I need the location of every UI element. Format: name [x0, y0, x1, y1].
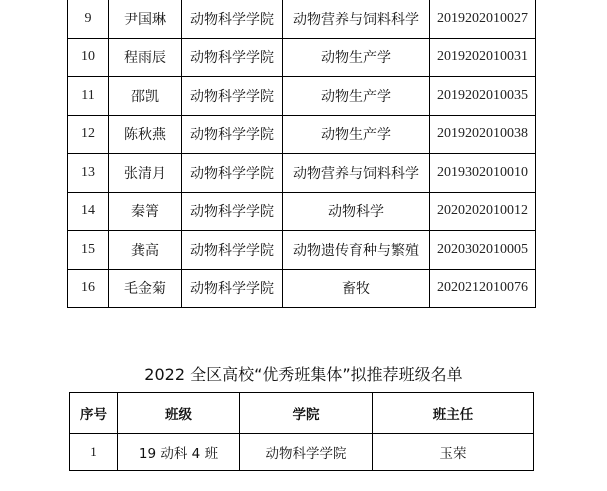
student-id: 2019202010035: [430, 77, 536, 116]
table-row: 15 龚高 动物科学学院 动物遗传育种与繁殖 2020302010005: [68, 231, 536, 270]
student-id: 2019202010027: [430, 0, 536, 38]
student-name: 陈秋燕: [109, 115, 182, 154]
row-number: 14: [68, 192, 109, 231]
row-number: 16: [68, 269, 109, 308]
student-name: 张清月: [109, 154, 182, 193]
student-name: 尹国琳: [109, 0, 182, 38]
student-id: 2020302010005: [430, 231, 536, 270]
college: 动物科学学院: [240, 434, 373, 471]
header-number: 序号: [70, 393, 118, 434]
major: 动物遗传育种与繁殖: [283, 231, 430, 270]
header-advisor: 班主任: [373, 393, 534, 434]
table-row: 9 尹国琳 动物科学学院 动物营养与饲料科学 2019202010027: [68, 0, 536, 38]
row-number: 1: [70, 434, 118, 471]
student-name: 龚高: [109, 231, 182, 270]
major: 动物科学: [283, 192, 430, 231]
student-name: 毛金菊: [109, 269, 182, 308]
major: 动物生产学: [283, 77, 430, 116]
student-id: 2020212010076: [430, 269, 536, 308]
student-name: 邵凯: [109, 77, 182, 116]
table-row: 12 陈秋燕 动物科学学院 动物生产学 2019202010038: [68, 115, 536, 154]
college: 动物科学学院: [182, 231, 283, 270]
class-name: 19 动科 4 班: [118, 434, 240, 471]
major: 动物营养与饲料科学: [283, 154, 430, 193]
major: 动物生产学: [283, 115, 430, 154]
student-id: 2019202010031: [430, 38, 536, 77]
section-title: 2022 全区高校“优秀班集体”拟推荐班级名单: [0, 362, 607, 385]
header-class: 班级: [118, 393, 240, 434]
college: 动物科学学院: [182, 0, 283, 38]
row-number: 13: [68, 154, 109, 193]
college: 动物科学学院: [182, 192, 283, 231]
major: 畜牧: [283, 269, 430, 308]
student-id: 2020202010012: [430, 192, 536, 231]
advisor: 玉荣: [373, 434, 534, 471]
student-name: 程雨辰: [109, 38, 182, 77]
major: 动物营养与饲料科学: [283, 0, 430, 38]
college: 动物科学学院: [182, 38, 283, 77]
table-row: 16 毛金菊 动物科学学院 畜牧 2020212010076: [68, 269, 536, 308]
row-number: 12: [68, 115, 109, 154]
row-number: 10: [68, 38, 109, 77]
table-row: 10 程雨辰 动物科学学院 动物生产学 2019202010031: [68, 38, 536, 77]
student-name: 秦箐: [109, 192, 182, 231]
row-number: 9: [68, 0, 109, 38]
row-number: 15: [68, 231, 109, 270]
table-header-row: 序号 班级 学院 班主任: [70, 393, 534, 434]
college: 动物科学学院: [182, 154, 283, 193]
header-college: 学院: [240, 393, 373, 434]
table-row: 1 19 动科 4 班 动物科学学院 玉荣: [70, 434, 534, 471]
student-id: 2019202010038: [430, 115, 536, 154]
table-row: 13 张清月 动物科学学院 动物营养与饲料科学 2019302010010: [68, 154, 536, 193]
major: 动物生产学: [283, 38, 430, 77]
student-id: 2019302010010: [430, 154, 536, 193]
college: 动物科学学院: [182, 269, 283, 308]
college: 动物科学学院: [182, 77, 283, 116]
row-number: 11: [68, 77, 109, 116]
table-row: 11 邵凯 动物科学学院 动物生产学 2019202010035: [68, 77, 536, 116]
table-row: 14 秦箐 动物科学学院 动物科学 2020202010012: [68, 192, 536, 231]
class-list-table: 序号 班级 学院 班主任 1 19 动科 4 班 动物科学学院 玉荣: [69, 392, 534, 471]
student-list-table: 9 尹国琳 动物科学学院 动物营养与饲料科学 2019202010027 10 …: [67, 0, 536, 308]
college: 动物科学学院: [182, 115, 283, 154]
